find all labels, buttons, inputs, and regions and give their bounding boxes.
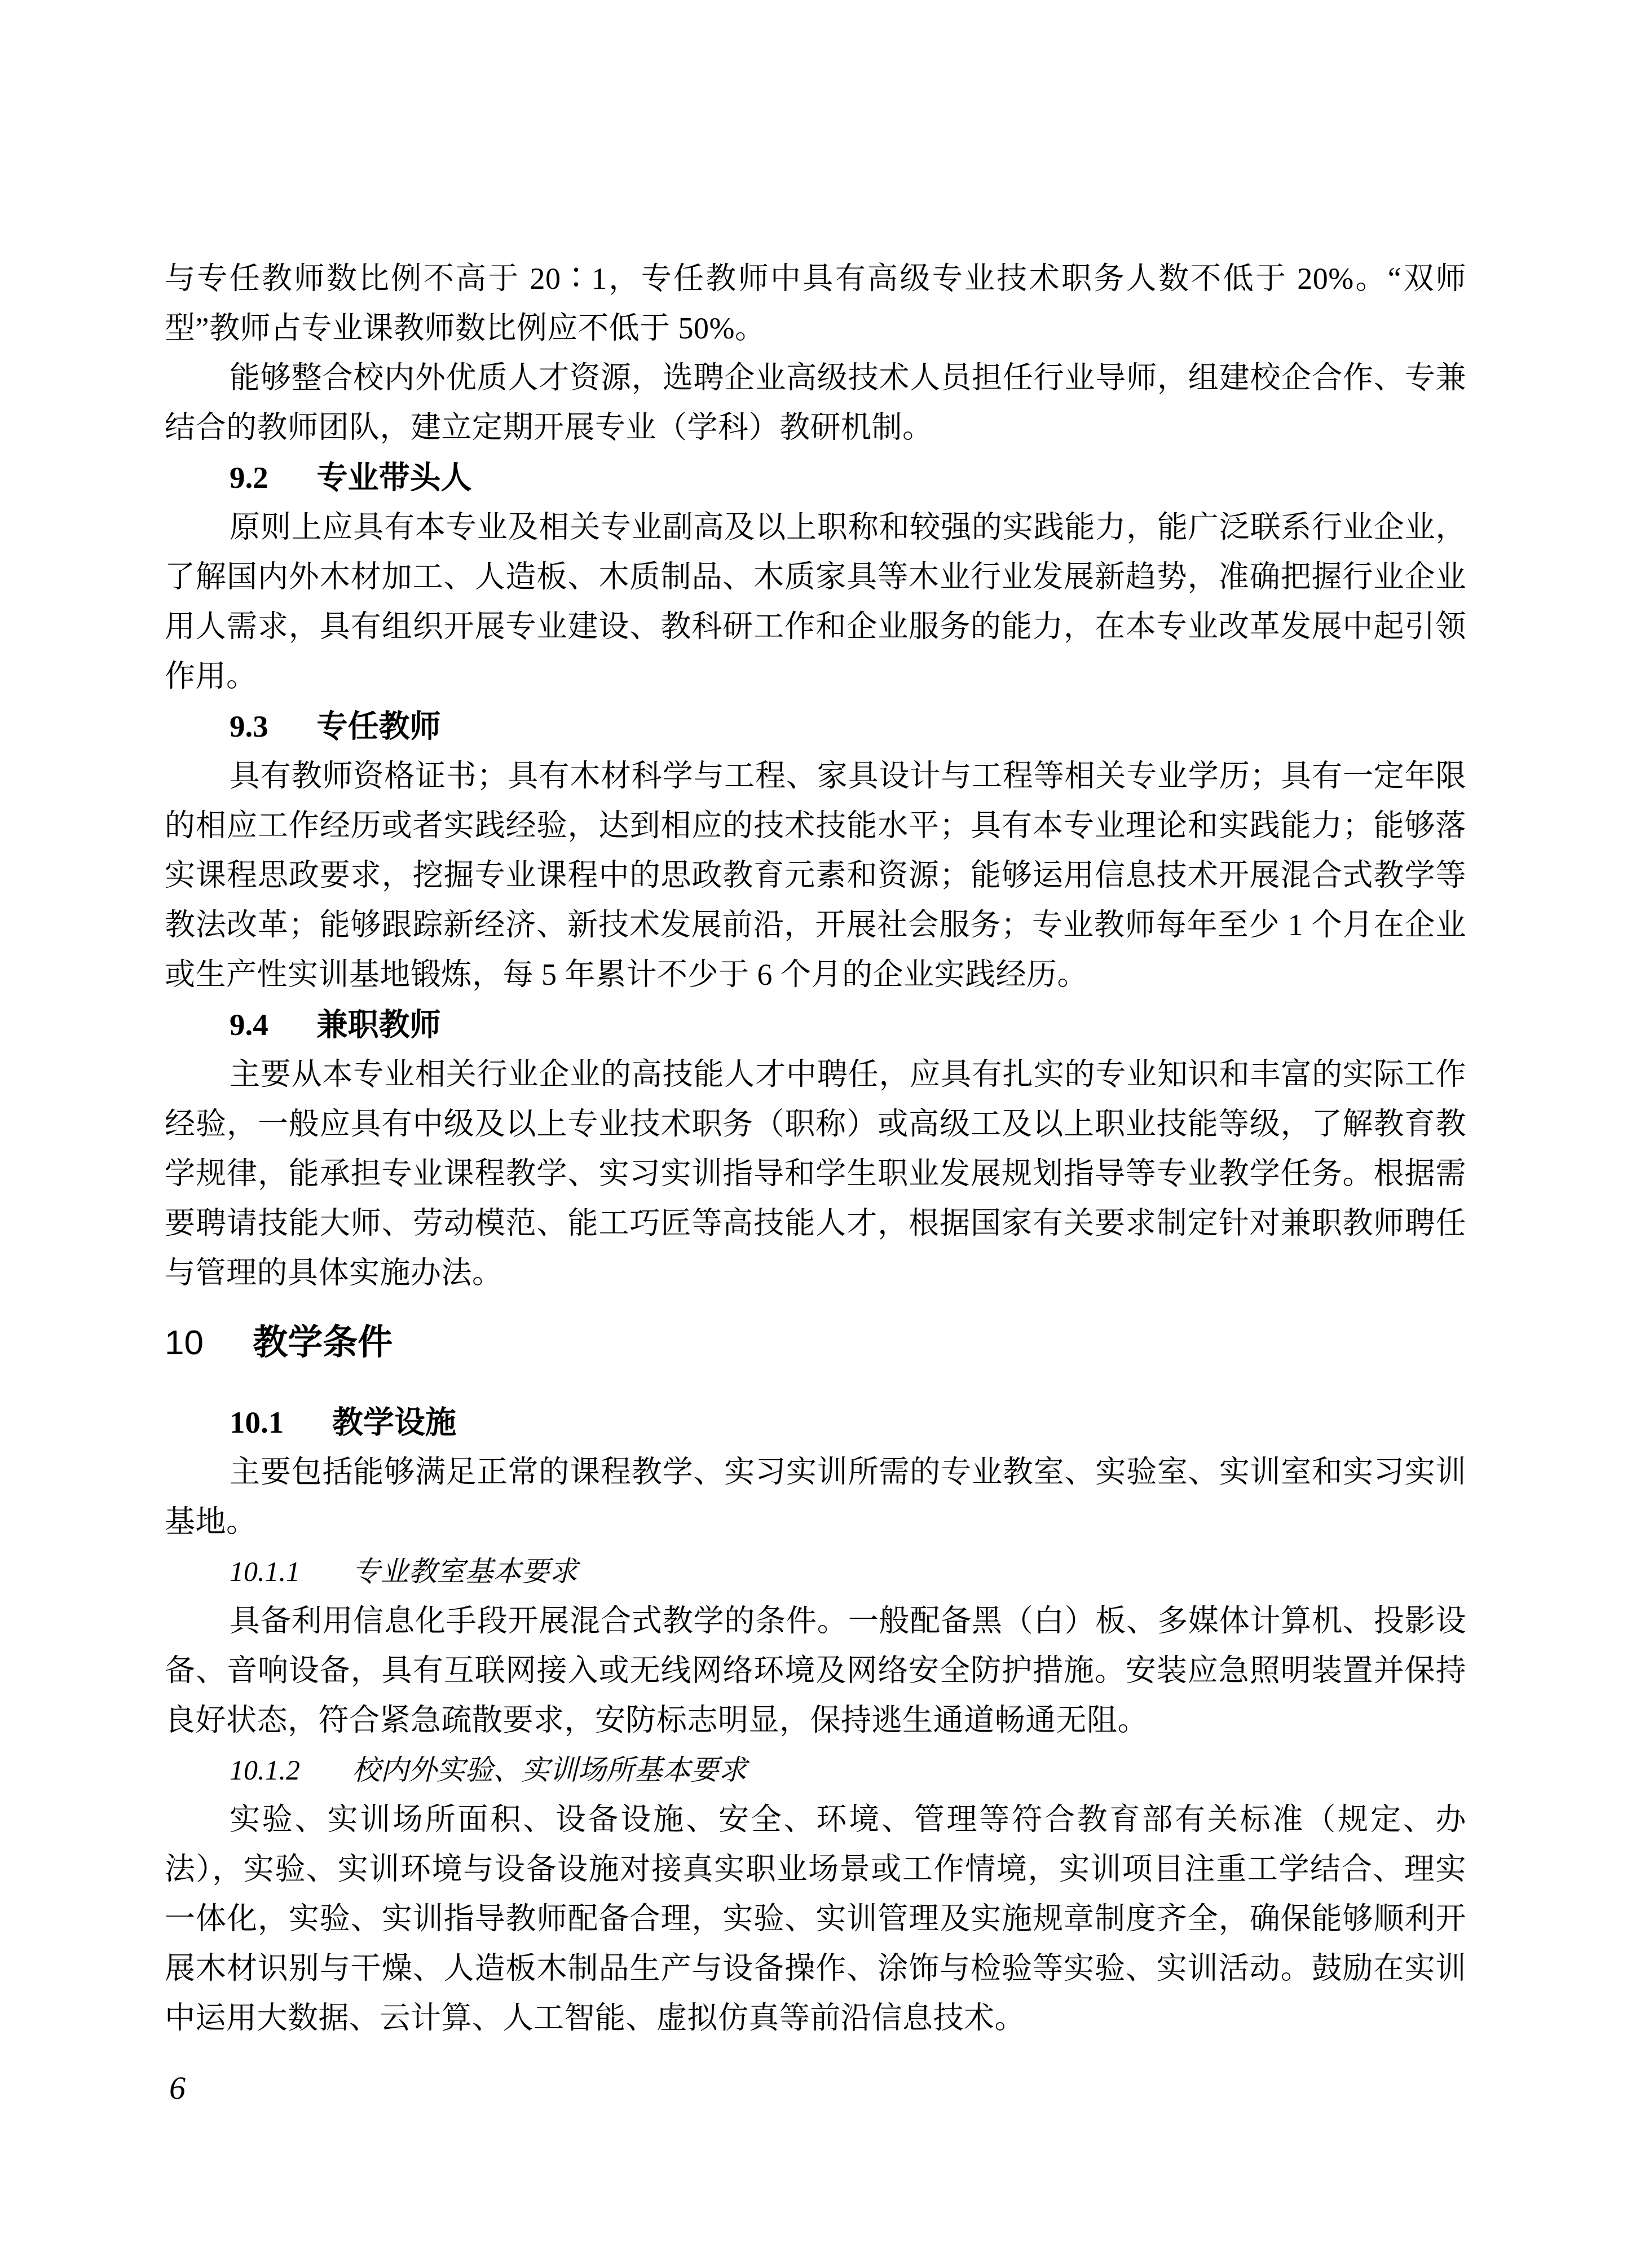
section-title-9-2: 专业带头人	[317, 460, 472, 495]
section-heading-10-1-2: 10.1.2 校内外实验、实训场所基本要求	[230, 1745, 1466, 1795]
section-heading-9-3: 9.3 专任教师	[230, 701, 1466, 751]
paragraph-10-1-1: 具备利用信息化手段开展混合式教学的条件。一般配备黑（白）板、多媒体计算机、投影设…	[165, 1596, 1466, 1745]
document-page: 与专任教师数比例不高于 20∶1，专任教师中具有高级专业技术职务人数不低于 20…	[0, 0, 1627, 2268]
section-heading-9-4: 9.4 兼职教师	[230, 999, 1466, 1050]
section-number-9-3: 9.3	[230, 709, 268, 743]
section-heading-10-1-1: 10.1.1 专业教室基本要求	[230, 1547, 1466, 1596]
section-number-10: 10	[165, 1323, 204, 1362]
paragraph-9-4: 主要从本专业相关行业企业的高技能人才中聘任，应具有扎实的专业知识和丰富的实际工作…	[165, 1050, 1466, 1298]
page-number: 6	[169, 2070, 186, 2106]
section-number-10-1-2: 10.1.2	[230, 1754, 300, 1786]
paragraph-9-3: 具有教师资格证书；具有木材科学与工程、家具设计与工程等相关专业学历；具有一定年限…	[165, 751, 1466, 999]
page-content: 与专任教师数比例不高于 20∶1，专任教师中具有高级专业技术职务人数不低于 20…	[165, 254, 1466, 2043]
section-title-10-1-2: 校内外实验、实训场所基本要求	[352, 1754, 747, 1786]
section-title-10: 教学条件	[253, 1323, 393, 1362]
continuation-paragraph: 与专任教师数比例不高于 20∶1，专任教师中具有高级专业技术职务人数不低于 20…	[165, 254, 1466, 353]
section-title-9-4: 兼职教师	[317, 1007, 441, 1042]
paragraph-9-2: 原则上应具有本专业及相关专业副高及以上职称和较强的实践能力，能广泛联系行业企业，…	[165, 503, 1466, 701]
section-heading-10: 10 教学条件	[165, 1317, 1466, 1369]
section-title-9-3: 专任教师	[317, 708, 441, 743]
paragraph-10-1-2: 实验、实训场所面积、设备设施、安全、环境、管理等符合教育部有关标准（规定、办法）…	[165, 1795, 1466, 2043]
section-number-9-2: 9.2	[230, 460, 268, 495]
section-heading-9-2: 9.2 专业带头人	[230, 452, 1466, 503]
section-title-10-1-1: 专业教室基本要求	[352, 1556, 578, 1587]
section-heading-10-1: 10.1 教学设施	[230, 1397, 1466, 1447]
section-number-10-1: 10.1	[230, 1405, 284, 1439]
section-title-10-1: 教学设施	[332, 1404, 456, 1439]
paragraph-teacher-team: 能够整合校内外优质人才资源，选聘企业高级技术人员担任行业导师，组建校企合作、专兼…	[165, 353, 1466, 452]
section-number-9-4: 9.4	[230, 1007, 268, 1042]
section-number-10-1-1: 10.1.1	[230, 1556, 300, 1587]
paragraph-10-1: 主要包括能够满足正常的课程教学、实习实训所需的专业教室、实验室、实训室和实习实训…	[165, 1447, 1466, 1547]
